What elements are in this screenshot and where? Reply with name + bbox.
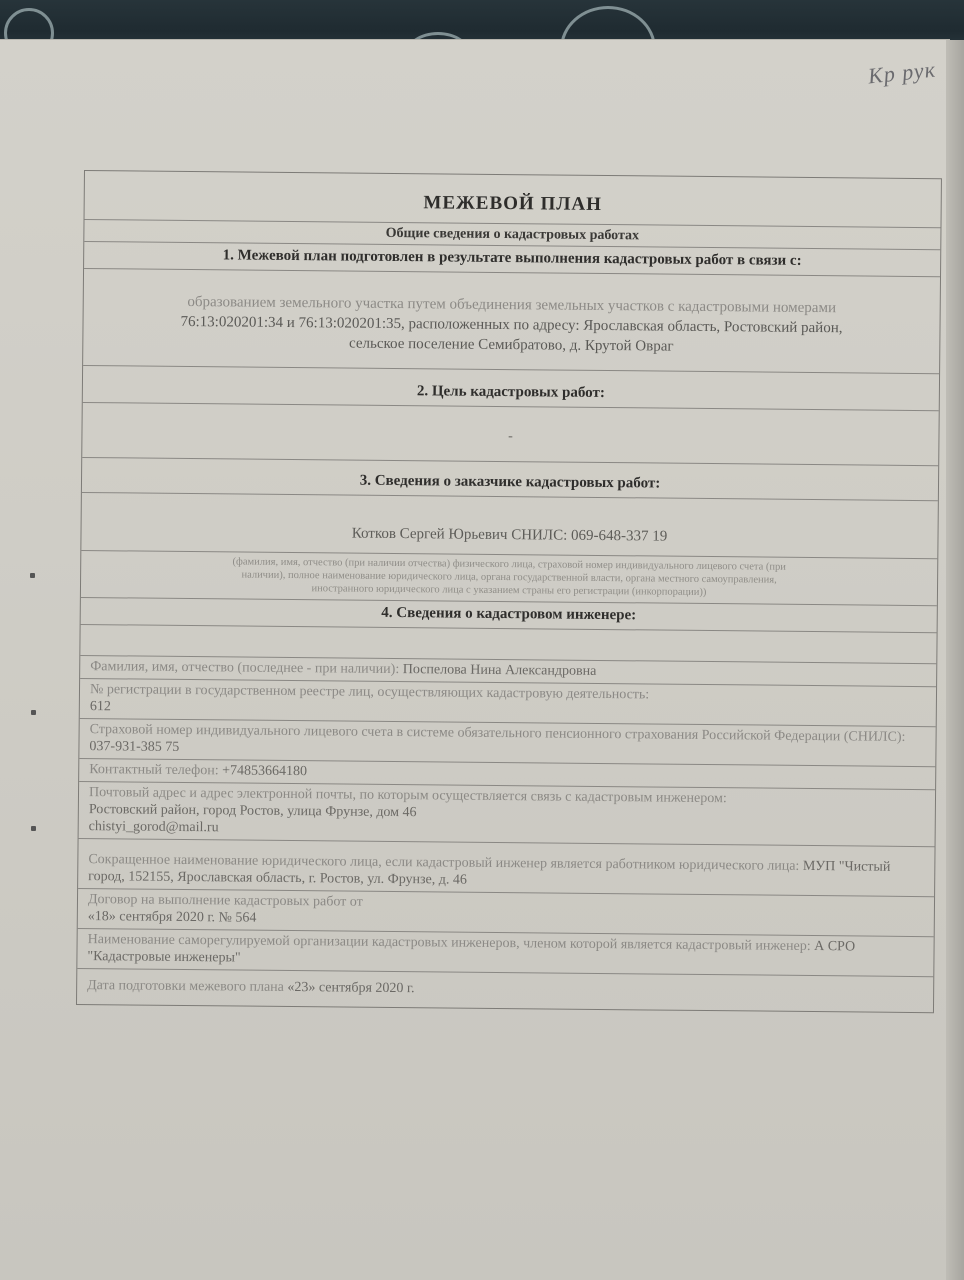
document-title: МЕЖЕВОЙ ПЛАН [85, 171, 941, 228]
customer-info: Котков Сергей Юрьевич СНИЛС: 069-648-337… [81, 493, 938, 559]
field-label: Контактный телефон: [89, 762, 219, 778]
boundary-plan-form: МЕЖЕВОЙ ПЛАН Общие сведения о кадастровы… [76, 170, 942, 1013]
prep-date-field: Дата подготовки межевого плана «23» сент… [77, 969, 933, 1012]
field-label: Дата подготовки межевого плана [87, 978, 284, 995]
margin-mark [30, 573, 35, 578]
customer-caption: (фамилия, имя, отчество (при наличии отч… [81, 551, 937, 606]
field-label: Фамилия, имя, отчество (последнее - при … [90, 659, 399, 677]
margin-mark [31, 710, 36, 715]
paper-edge [946, 40, 964, 1280]
field-label: Страховой номер индивидуального лицевого… [90, 722, 906, 745]
section2-value: - [82, 403, 938, 466]
prep-date-value: «23» сентября 2020 г. [287, 980, 414, 996]
engineer-name: Поспелова Нина Александровна [403, 662, 597, 679]
snils-value: 037-931-385 75 [89, 739, 179, 755]
section1-body: образованием земельного участка путем об… [83, 269, 940, 374]
address-field: Почтовый адрес и адрес электронной почты… [79, 782, 936, 847]
phone-value: +74853664180 [222, 763, 307, 779]
organization-field: Сокращенное наименование юридического ли… [78, 839, 934, 897]
margin-mark [31, 826, 36, 831]
